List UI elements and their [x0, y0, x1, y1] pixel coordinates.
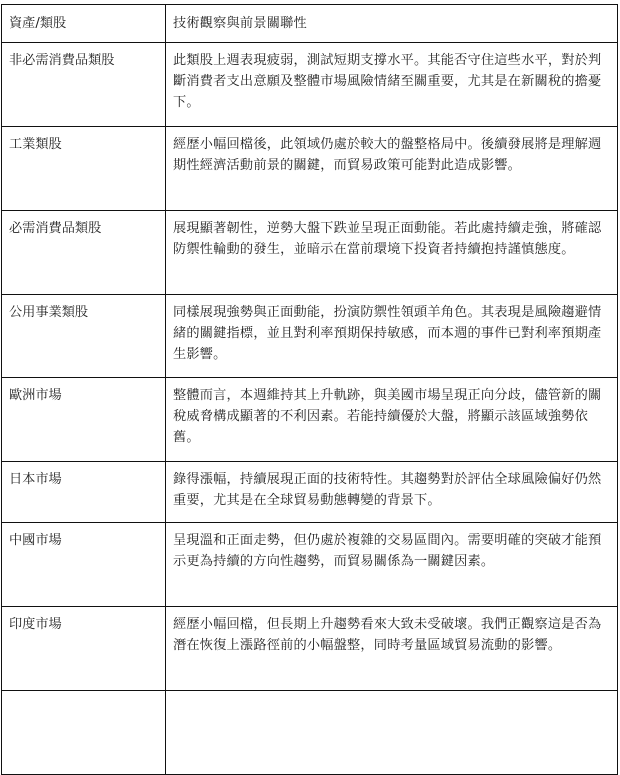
observation-cell	[166, 691, 618, 695]
table-row: 中國市場 呈現溫和正面走勢，但仍處於複雜的交易區間內。需要明確的突破才能預示更為…	[2, 523, 618, 607]
observation-cell: 展現顯著韌性，逆勢大盤下跌並呈現正面動能。若此處持續走強，將確認防禦性輪動的發生…	[166, 211, 618, 295]
market-observation-table: 資產/類股 技術觀察與前景關聯性 非必需消費品類股 此類股上週表現疲弱，測試短期…	[1, 4, 618, 694]
table-row: 印度市場 經歷小幅回檔，但長期上升趨勢看來大致未受破壞。我們正觀察這是否為潛在恢…	[2, 607, 618, 691]
asset-cell: 中國市場	[2, 523, 166, 607]
table-row: 工業類股 經歷小幅回檔後，此領域仍處於較大的盤整格局中。後續發展將是理解週期性經…	[2, 127, 618, 211]
asset-cell: 日本市場	[2, 462, 166, 523]
asset-cell	[2, 691, 166, 695]
observation-cell: 呈現溫和正面走勢，但仍處於複雜的交易區間內。需要明確的突破才能預示更為持續的方向…	[166, 523, 618, 607]
header-observation: 技術觀察與前景關聯性	[166, 5, 618, 43]
observation-cell: 經歷小幅回檔後，此領域仍處於較大的盤整格局中。後續發展將是理解週期性經濟活動前景…	[166, 127, 618, 211]
observation-cell: 經歷小幅回檔，但長期上升趨勢看來大致未受破壞。我們正觀察這是否為潛在恢復上漲路徑…	[166, 607, 618, 691]
table-row: 非必需消費品類股 此類股上週表現疲弱，測試短期支撐水平。其能否守住這些水平，對於…	[2, 43, 618, 127]
table-row: 必需消費品類股 展現顯著韌性，逆勢大盤下跌並呈現正面動能。若此處持續走強，將確認…	[2, 211, 618, 295]
observation-cell: 錄得漲幅，持續展現正面的技術特性。其趨勢對於評估全球風險偏好仍然重要，尤其是在全…	[166, 462, 618, 523]
asset-cell: 公用事業類股	[2, 295, 166, 378]
observation-cell: 此類股上週表現疲弱，測試短期支撐水平。其能否守住這些水平，對於判斷消費者支出意願…	[166, 43, 618, 127]
asset-cell: 非必需消費品類股	[2, 43, 166, 127]
table-row: 日本市場 錄得漲幅，持續展現正面的技術特性。其趨勢對於評估全球風險偏好仍然重要，…	[2, 462, 618, 523]
asset-cell: 必需消費品類股	[2, 211, 166, 295]
asset-cell: 印度市場	[2, 607, 166, 691]
table-row: 歐洲市場 整體而言，本週維持其上升軌跡，與美國市場呈現正向分歧，儘管新的關稅威脅…	[2, 378, 618, 462]
table-row: 公用事業類股 同樣展現強勢與正面動能，扮演防禦性領頭羊角色。其表現是風險趨避情緒…	[2, 295, 618, 378]
table-row-empty	[2, 691, 618, 695]
asset-cell: 歐洲市場	[2, 378, 166, 462]
observation-cell: 整體而言，本週維持其上升軌跡，與美國市場呈現正向分歧，儘管新的關稅威脅構成顯著的…	[166, 378, 618, 462]
table-header-row: 資產/類股 技術觀察與前景關聯性	[2, 5, 618, 43]
header-asset: 資產/類股	[2, 5, 166, 43]
observation-cell: 同樣展現強勢與正面動能，扮演防禦性領頭羊角色。其表現是風險趨避情緒的關鍵指標，並…	[166, 295, 618, 378]
asset-cell: 工業類股	[2, 127, 166, 211]
